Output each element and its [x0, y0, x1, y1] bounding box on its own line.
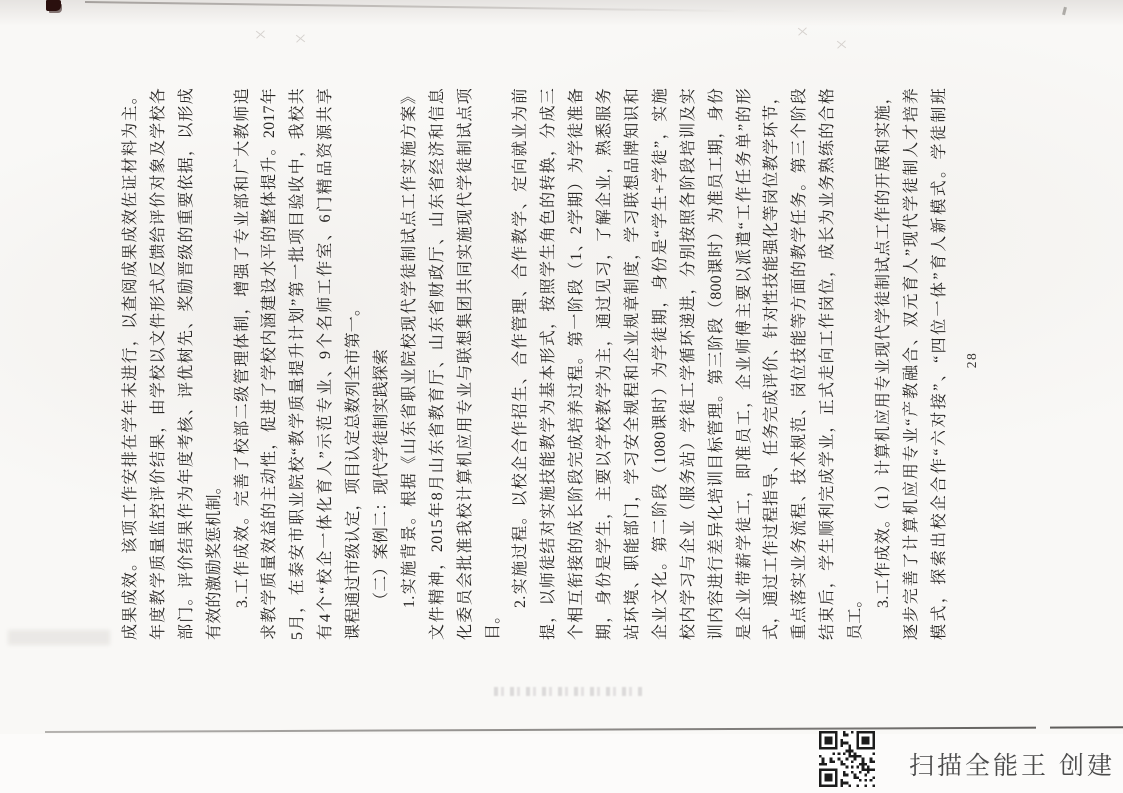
staple-mark [836, 39, 847, 50]
staple-mark [255, 29, 266, 40]
text-line: 期，身份是学生，主要以学校教学为主，通过见习，了解企业，熟悉服务 [591, 88, 619, 640]
text-line: 企业文化。第二阶段（1080课时）为学徒期，身份是“学生+学徒”，实施 [647, 88, 675, 640]
scanned-document-canvas: 成果成效。该项工作安排在学年末进行，以查阅成果成效佐证材料为主。年度教学质量监控… [0, 0, 1123, 793]
text-line: （二）案例二：现代学徒制实践探索 [368, 88, 396, 640]
ink-blot-artifact [46, 0, 61, 11]
text-line: 课程通过市级认定，项目认定总数列全市第一。 [340, 88, 368, 640]
staple-mark [797, 26, 808, 37]
text-line: 成果成效。该项工作安排在学年末进行，以查阅成果成效佐证材料为主。 [117, 88, 145, 640]
text-line: 是企业带薪学徒工，即准员工，企业师傅主要以派遣“工作任务单”的形 [731, 88, 759, 640]
text-line: 逐步完善了计算机应用专业“产教融合、双元育人”现代学徒制人才培养 [898, 88, 926, 640]
scanner-watermark: 扫描全能王 创建 [819, 731, 1115, 787]
text-line: 训内容进行差异化培训目标管理。第三阶段（800课时）为准员工期，身份 [703, 88, 731, 640]
faint-stamp-text [494, 687, 642, 696]
page-number: 28 [964, 332, 980, 388]
staple-mark [295, 33, 306, 44]
text-line: 提，以师徒结对实施技能教学为基本形式，按照学生角色的转换，分成三 [535, 88, 563, 640]
text-line: 化委员会批准我校计算机应用专业与联想集团共同实施现代学徒制试点项 [452, 88, 480, 640]
document-page: 成果成效。该项工作安排在学年末进行，以查阅成果成效佐证材料为主。年度教学质量监控… [0, 0, 1123, 793]
text-line: 有4个“校企一体化育人”示范专业、9个名师工作室、6门精品资源共享 [312, 88, 340, 640]
text-line: 有效的激励奖惩机制。 [201, 88, 229, 640]
text-line: 站环境、职能部门，学习安全规程和企业规章制度，学习联想品牌知识和 [619, 88, 647, 640]
page-edge-gap [1036, 725, 1050, 729]
qr-code-icon [819, 731, 875, 787]
text-line: 2.实施过程。以校企合作招生、合作管理、合作教学、定向就业为前 [507, 88, 535, 640]
text-line: 式，通过工作过程指导、任务完成评价、针对性技能强化等岗位教学环节， [758, 88, 786, 640]
scanner-watermark-label: 扫描全能王 创建 [909, 746, 1115, 782]
text-line: 年度教学质量监控评价结果，由学校以文件形式反馈给评价对象及学校各 [145, 88, 173, 640]
text-line: 结束后，学生顺利完成学业，正式走向工作岗位，成长为业务熟练的合格 [814, 88, 842, 640]
scan-smudge [8, 630, 110, 645]
text-line: 5月，在泰安市职业院校“教学质量提升计划”第一批项目验收中，我校共 [284, 88, 312, 640]
text-line: 1.实施背景。根据《山东省职业院校现代学徒制试点工作实施方案》 [396, 88, 424, 640]
text-line: 3.工作成效。（1）计算机应用专业现代学徒制试点工作的开展和实施， [870, 88, 898, 640]
text-line: 3.工作成效。完善了校部二级管理体制，增强了专业部和广大教师追 [229, 88, 257, 640]
text-line: 重点落实业务流程、技术规范、岗位技能等方面的教学任务。第三个阶段 [786, 88, 814, 640]
text-block: 成果成效。该项工作安排在学年末进行，以查阅成果成效佐证材料为主。年度教学质量监控… [117, 88, 954, 640]
text-line: 目。 [480, 88, 508, 640]
text-line: 文件精神，2015年8月山东省教育厅、山东省财政厅、山东省经济和信息 [424, 88, 452, 640]
text-line: 个相互衔接的成长阶段完成培养过程。第一阶段（1、2学期）为学徒准备 [563, 88, 591, 640]
text-line: 校内学习与企业（服务站）学徒工学循环递进，分别按照各阶段培训及实 [675, 88, 703, 640]
text-line: 模式，探索出校企合作“六对接”、“四位一体”育人新模式。学徒制班 [926, 88, 954, 640]
text-line: 员工。 [842, 88, 870, 640]
text-line: 求教学质量效益的主动性，促进了学校内涵建设水平的整体提升。2017年 [256, 88, 284, 640]
text-line: 部门。评价结果作为年度考核、评优树先、奖励晋级的重要依据，以形成 [173, 88, 201, 640]
